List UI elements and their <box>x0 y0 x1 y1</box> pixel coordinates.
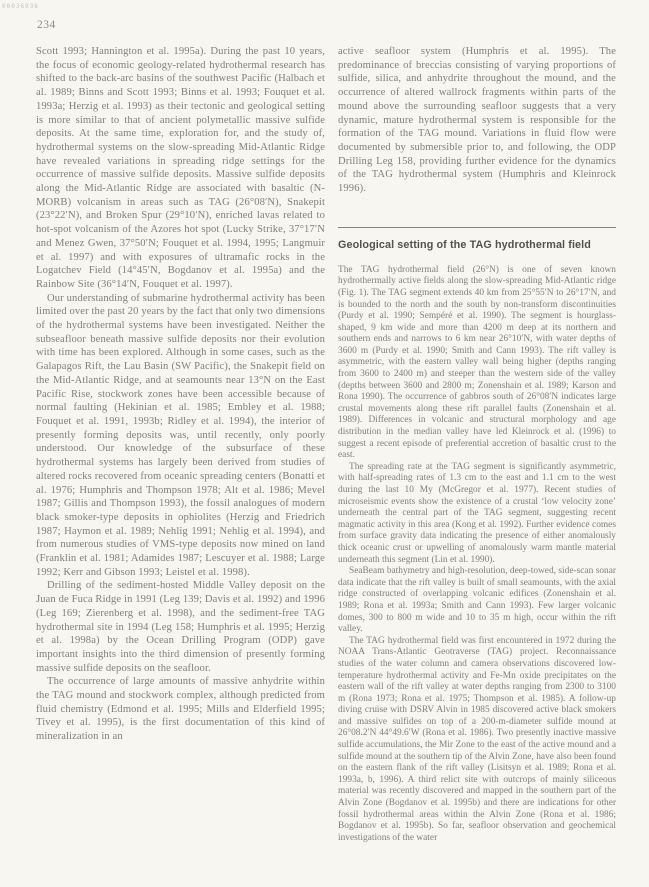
paragraph: The spreading rate at the TAG segment is… <box>338 462 616 566</box>
section-divider <box>338 227 616 228</box>
paragraph: The occurrence of large amounts of massi… <box>36 675 325 744</box>
section-heading: Geological setting of the TAG hydrotherm… <box>338 239 616 251</box>
journal-page: 00036936 234 Scott 1993; Hannington et a… <box>0 0 649 887</box>
paragraph: The TAG hydrothermal field (26°N) is one… <box>338 265 616 462</box>
paragraph: active seafloor system (Humphris et al. … <box>338 45 616 196</box>
paragraph: Drilling of the sediment-hosted Middle V… <box>36 579 325 675</box>
page-number: 234 <box>37 19 56 31</box>
paragraph: Scott 1993; Hannington et al. 1995a). Du… <box>36 45 325 292</box>
two-column-layout: Scott 1993; Hannington et al. 1995a). Du… <box>36 45 616 844</box>
right-column: active seafloor system (Humphris et al. … <box>338 45 616 844</box>
paragraph: The TAG hydrothermal field was first enc… <box>338 636 616 845</box>
paragraph: Our understanding of submarine hydrother… <box>36 292 325 580</box>
scan-watermark: 00036936 <box>2 3 39 10</box>
left-column: Scott 1993; Hannington et al. 1995a). Du… <box>36 45 325 844</box>
paragraph: SeaBeam bathymetry and high-resolution, … <box>338 566 616 636</box>
